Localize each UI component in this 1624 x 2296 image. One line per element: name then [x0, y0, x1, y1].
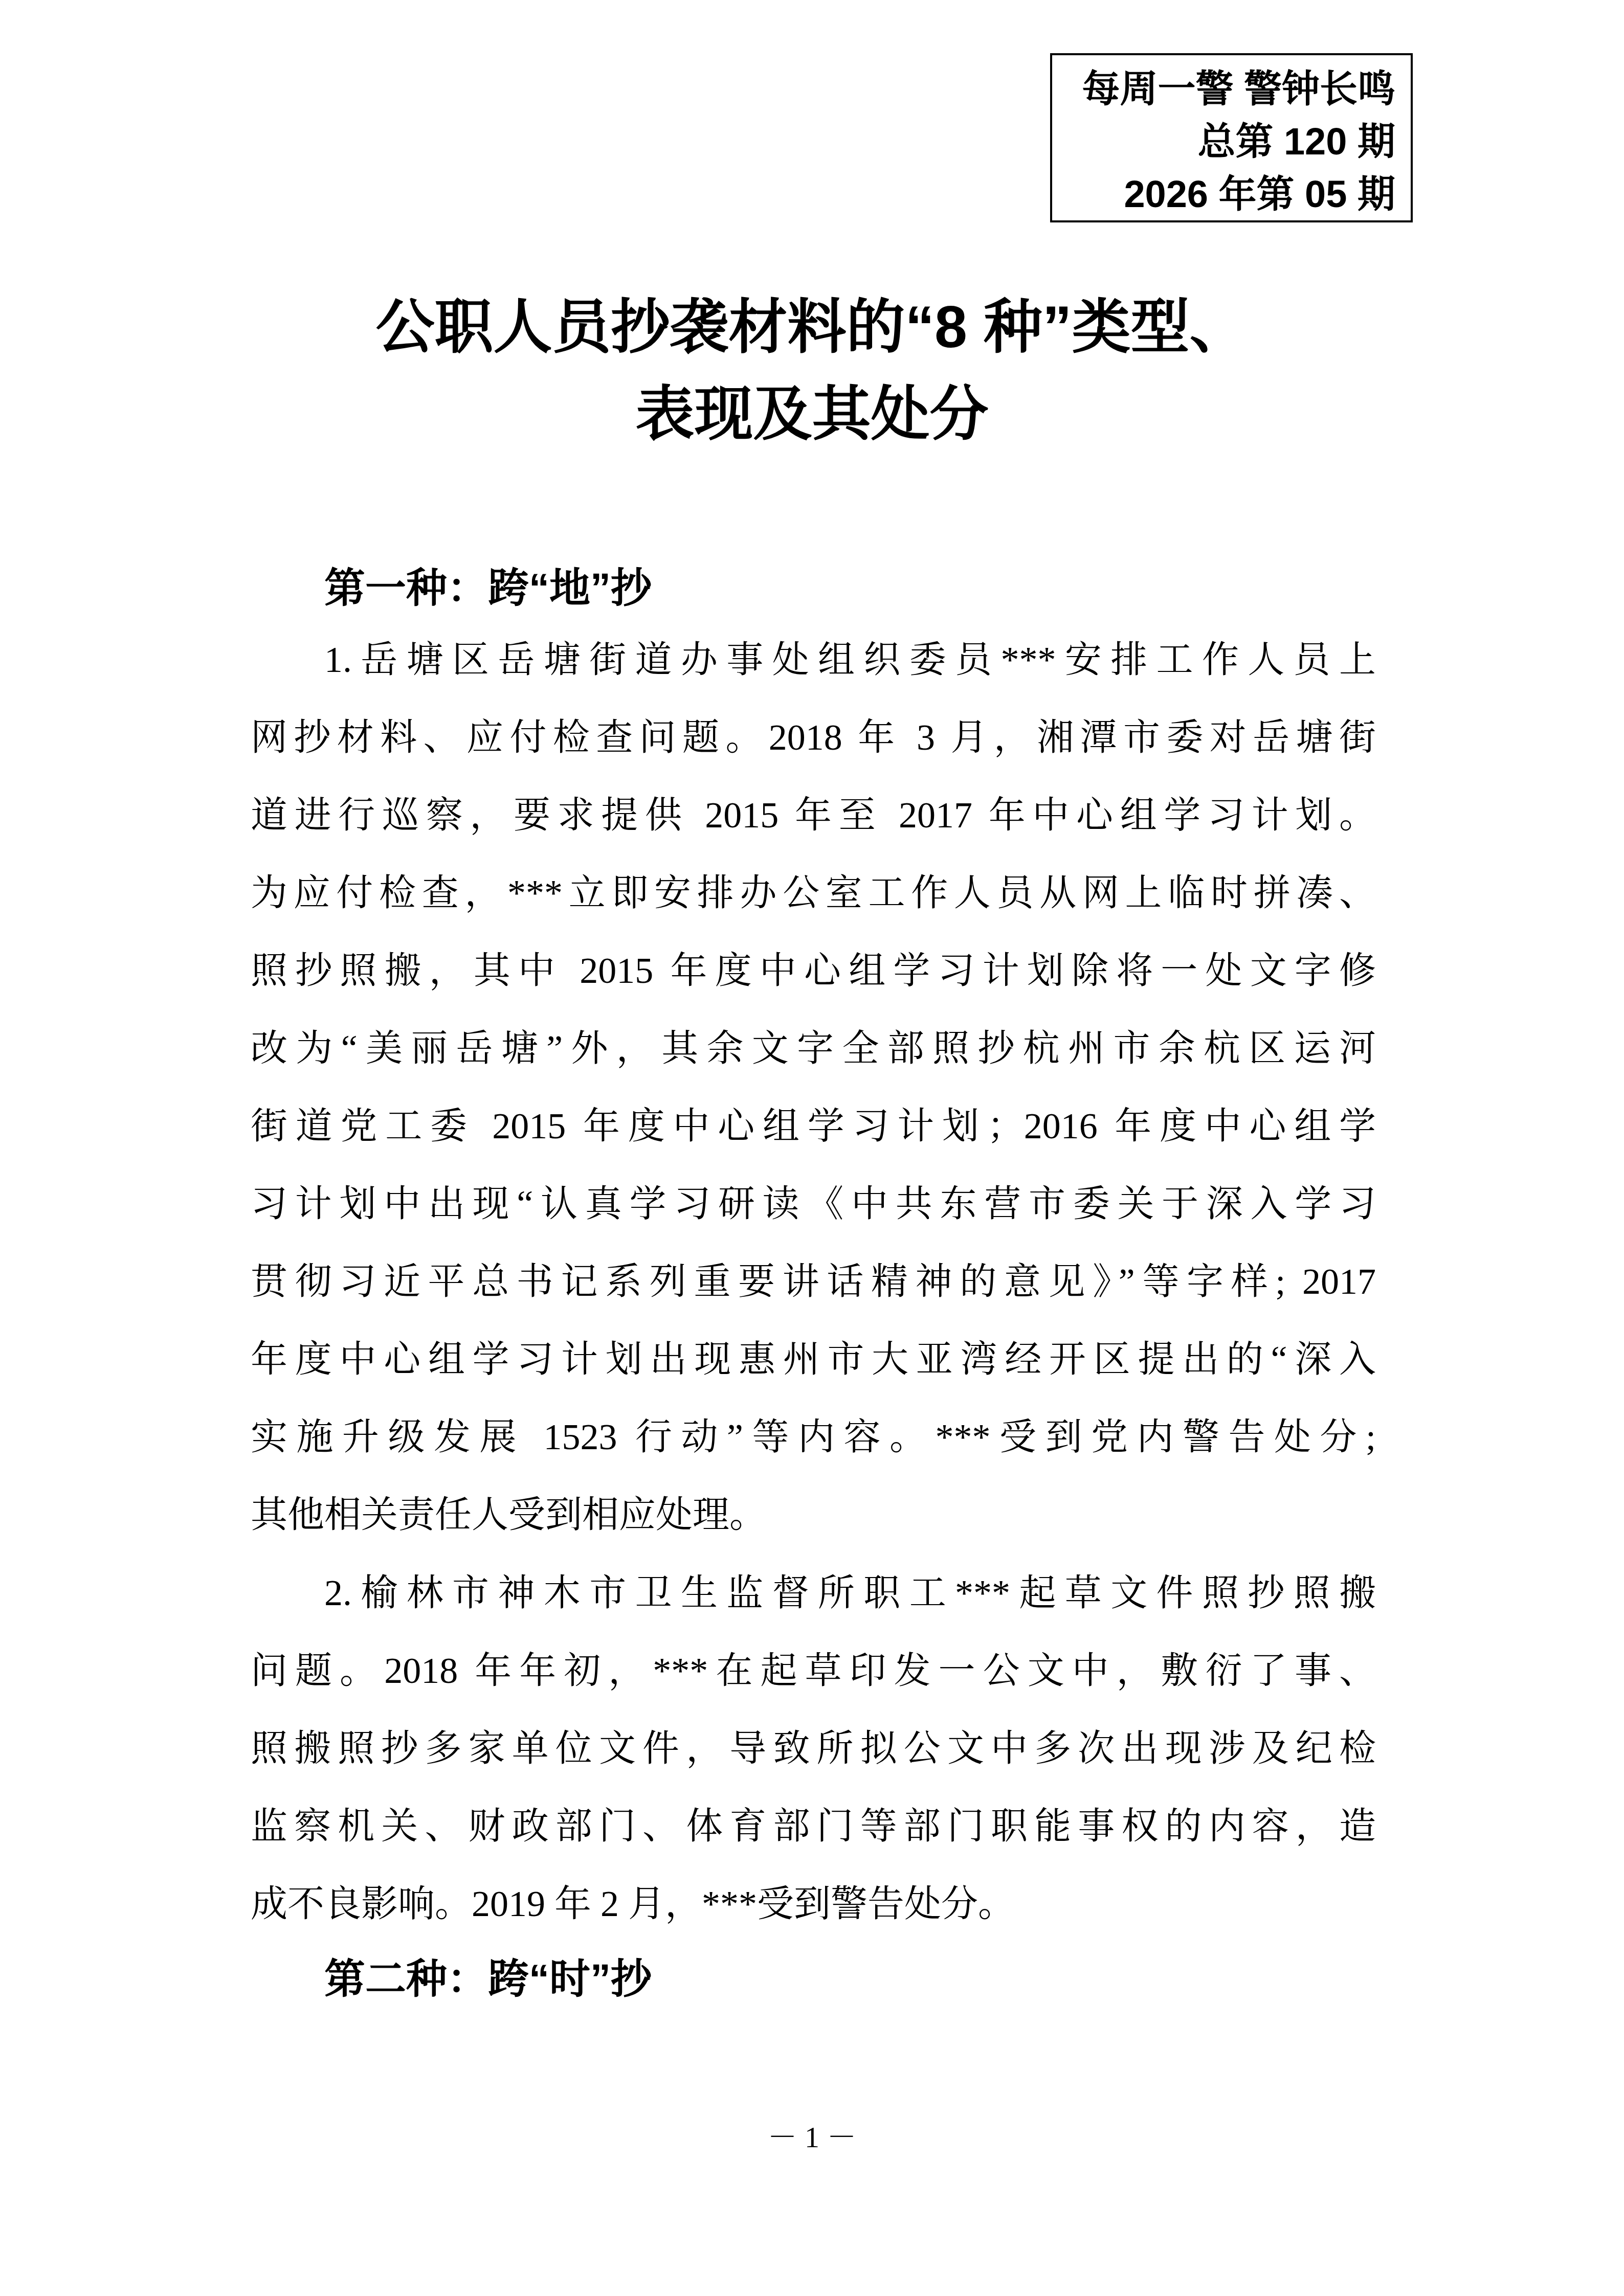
issue-header-box: 每周一警 警钟长鸣 总第 120 期 2026 年第 05 期	[1050, 53, 1413, 222]
body-text-line: 其他相关责任人受到相应处理。	[251, 1476, 1376, 1554]
body-text-line: 网抄材料、应付检查问题。2018 年 3 月，湘潭市委对岳塘街	[251, 699, 1376, 776]
body-text-line: 贯彻习近平总书记系列重要讲话精神的意见》”等字样; 2017	[251, 1243, 1376, 1320]
page-number: － 1 －	[0, 2117, 1624, 2158]
section-heading-2: 第二种：跨“时”抄	[324, 1956, 1450, 2002]
body-text-line: 年度中心组学习计划出现惠州市大亚湾经开区提出的“深入	[251, 1320, 1376, 1398]
body-text-line: 照抄照搬，其中 2015 年度中心组学习计划除将一处文字修	[251, 932, 1376, 1009]
issue-total-number: 总第 120 期	[1057, 115, 1395, 168]
body-text-line: 道进行巡察，要求提供 2015 年至 2017 年中心组学习计划。	[251, 776, 1376, 854]
issue-year-number: 2026 年第 05 期	[1057, 168, 1395, 220]
body-text-line: 实施升级发展 1523 行动”等内容。***受到党内警告处分;	[251, 1398, 1376, 1476]
body-text-line: 街道党工委 2015 年度中心组学习计划；2016 年度中心组学	[251, 1087, 1376, 1165]
body-text-line: 监察机关、财政部门、体育部门等部门职能事权的内容，造	[251, 1787, 1376, 1865]
body-text-line: 1.岳塘区岳塘街道办事处组织委员***安排工作人员上	[251, 621, 1376, 699]
body-text-line: 成不良影响。2019 年 2 月，***受到警告处分。	[251, 1865, 1376, 1943]
document-page: 每周一警 警钟长鸣 总第 120 期 2026 年第 05 期 公职人员抄袭材料…	[0, 0, 1624, 2296]
body-paragraph-2: 2.榆林市神木市卫生监督所职工***起草文件照抄照搬问题。2018 年年初，**…	[251, 1554, 1376, 1943]
document-title: 公职人员抄袭材料的“8 种”类型、 表现及其处分	[0, 284, 1624, 458]
body-paragraph-1: 1.岳塘区岳塘街道办事处组织委员***安排工作人员上网抄材料、应付检查问题。20…	[251, 621, 1376, 1554]
document-title-line-2: 表现及其处分	[0, 371, 1624, 458]
body-text-line: 问题。2018 年年初，***在起草印发一公文中，敷衍了事、	[251, 1632, 1376, 1709]
issue-slogan: 每周一警 警钟长鸣	[1057, 62, 1395, 115]
body-text-line: 照搬照抄多家单位文件，导致所拟公文中多次出现涉及纪检	[251, 1709, 1376, 1787]
body-text-line: 2.榆林市神木市卫生监督所职工***起草文件照抄照搬	[251, 1554, 1376, 1632]
document-title-line-1: 公职人员抄袭材料的“8 种”类型、	[0, 284, 1624, 371]
body-text-line: 改为“美丽岳塘”外，其余文字全部照抄杭州市余杭区运河	[251, 1009, 1376, 1087]
section-heading-1: 第一种：跨“地”抄	[324, 565, 1450, 611]
body-text-line: 习计划中出现“认真学习研读《中共东营市委关于深入学习	[251, 1165, 1376, 1243]
body-text-line: 为应付检查，***立即安排办公室工作人员从网上临时拼凑、	[251, 854, 1376, 932]
